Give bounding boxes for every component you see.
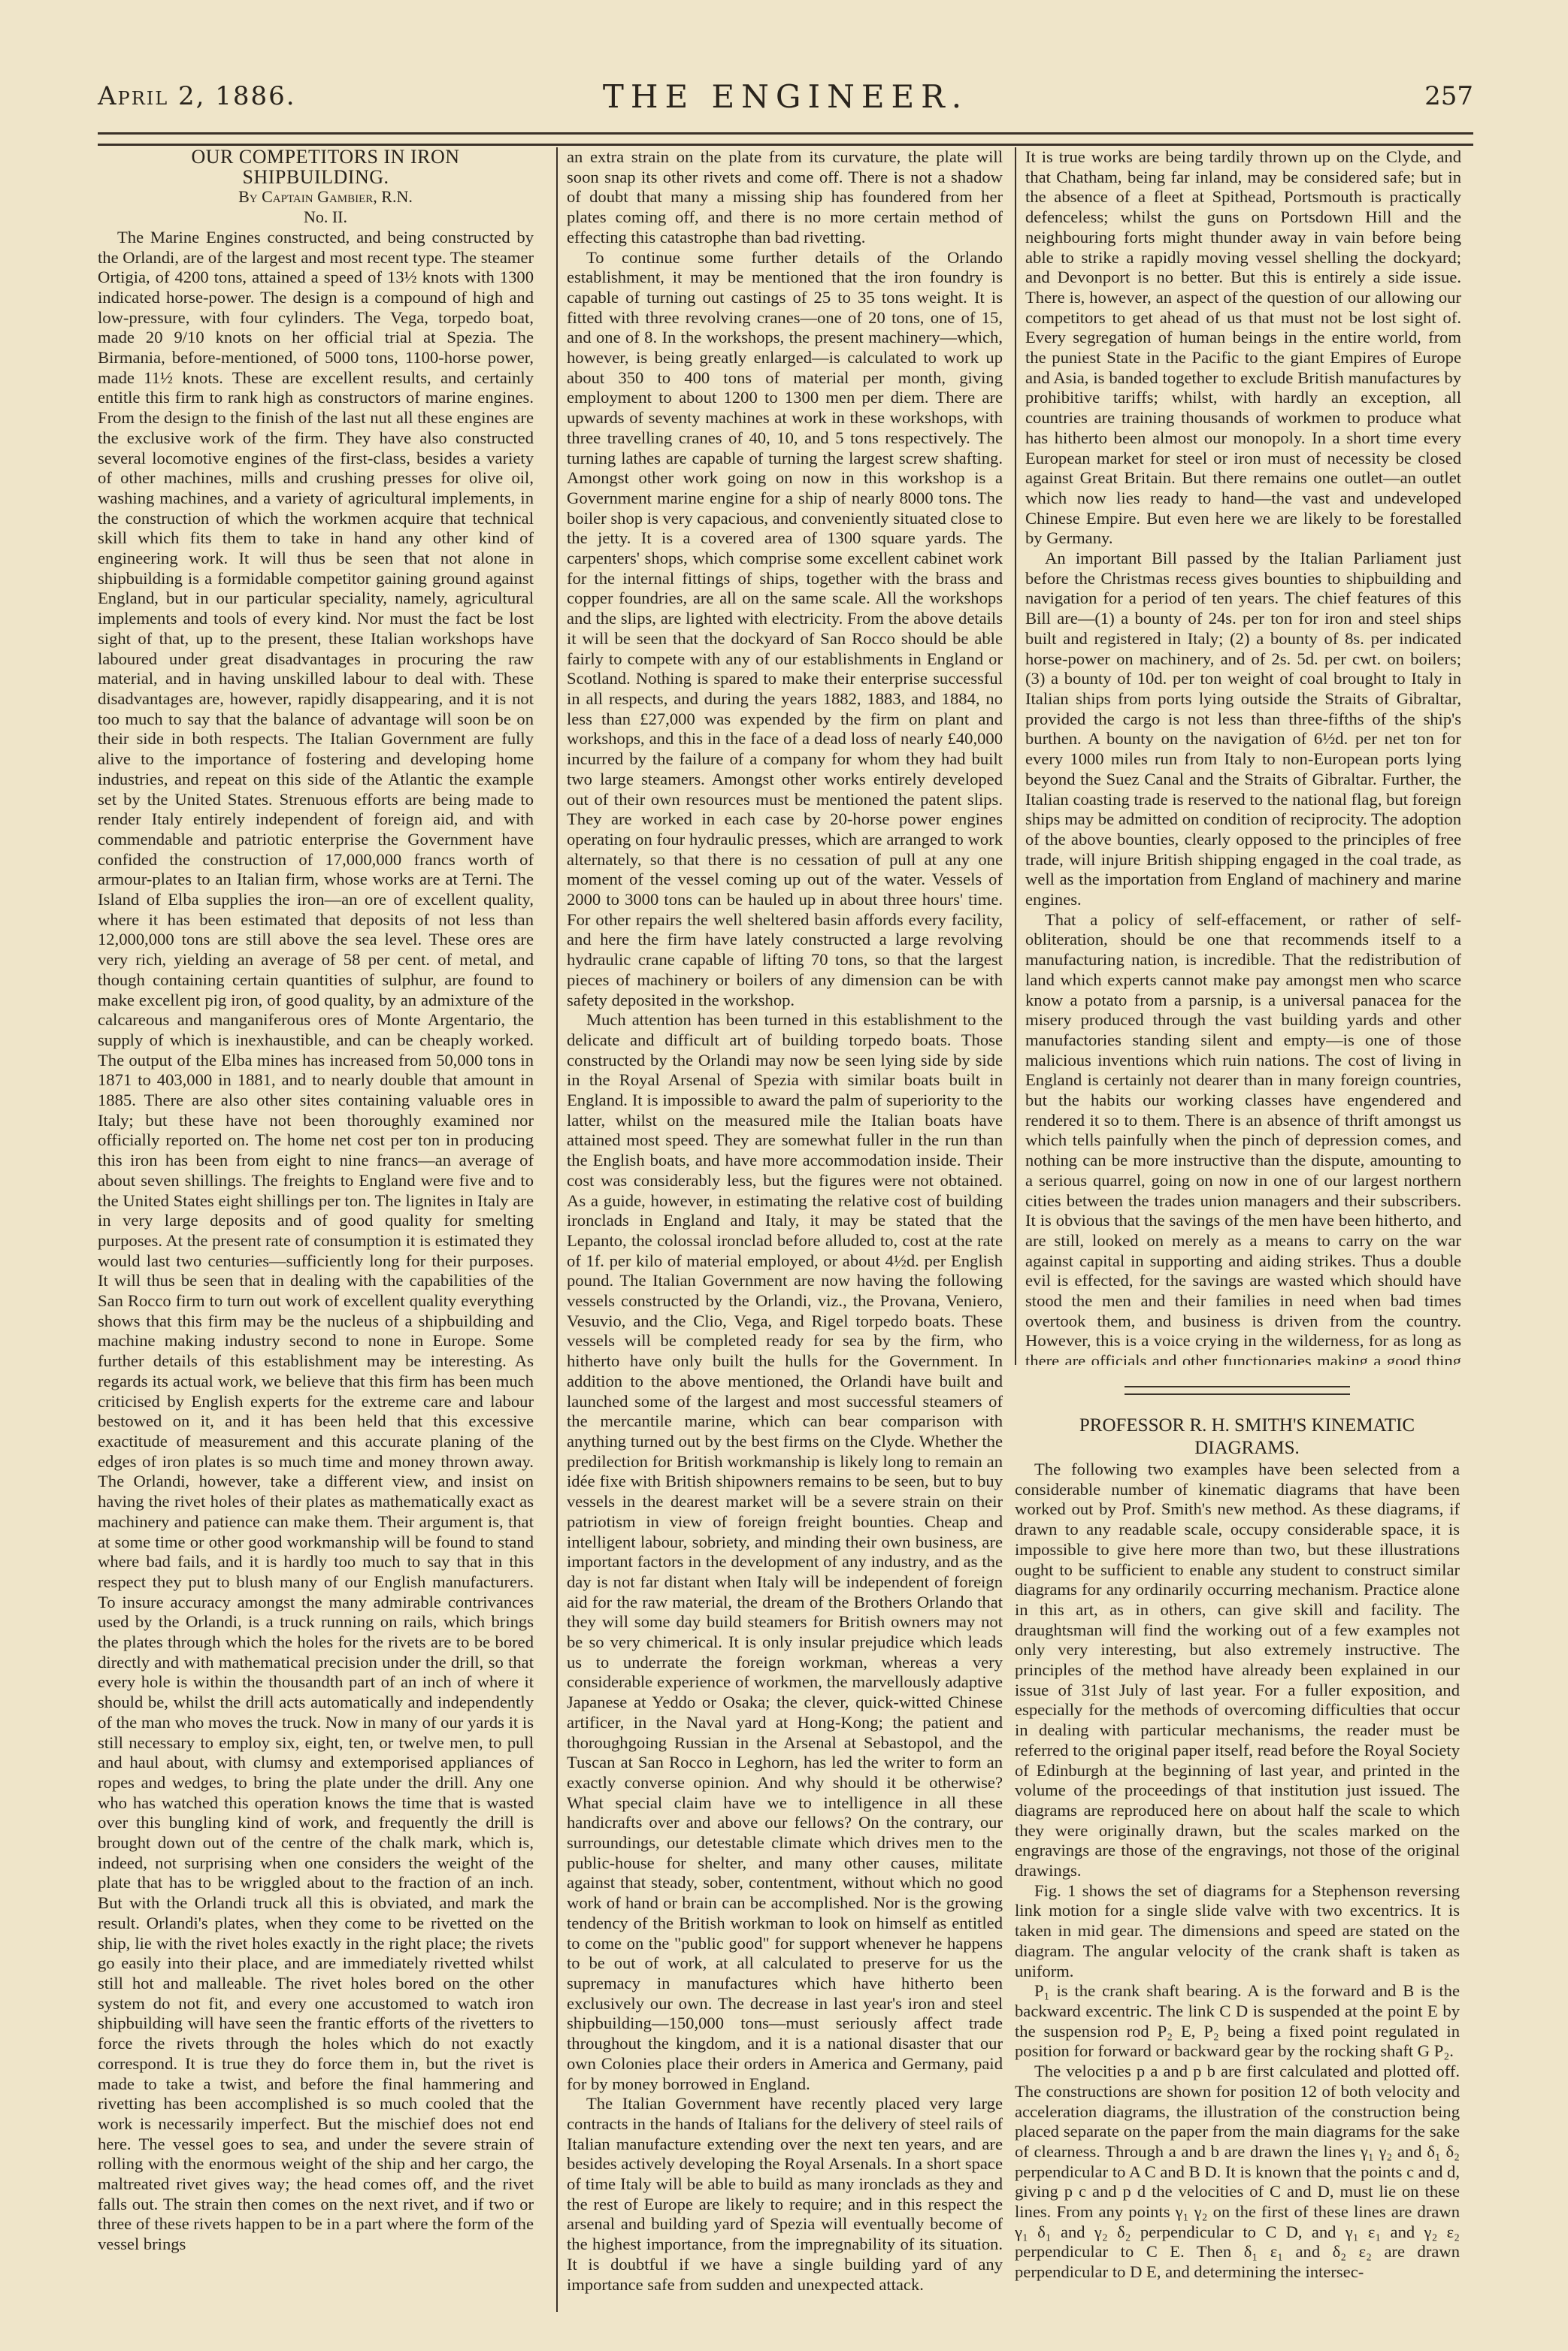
article-part-number: No. II. [98, 207, 534, 228]
column-1: OUR COMPETITORS IN IRON SHIPBUILDING. By… [98, 147, 534, 2312]
page-header: April 2, 1886. THE ENGINEER. 257 [98, 75, 1473, 120]
publication-title: THE ENGINEER. [98, 78, 1473, 115]
column-3-lower: PROFESSOR R. H. SMITH'S KINEMATIC DIAGRA… [1015, 1372, 1460, 2312]
paragraph: It is true works are being tardily throw… [1025, 147, 1461, 549]
article-2-title-line-2: DIAGRAMS. [1015, 1437, 1460, 1460]
column-3: It is true works are being tardily throw… [1015, 147, 1461, 1365]
paragraph: Fig. 1 shows the set of diagrams for a S… [1015, 1881, 1460, 1982]
paragraph: To continue some further details of the … [567, 248, 1003, 1011]
page-number: 257 [1424, 81, 1473, 111]
paragraph: The Marine Engines constructed, and bein… [98, 228, 534, 2255]
page-columns: OUR COMPETITORS IN IRON SHIPBUILDING. By… [98, 147, 1473, 2334]
article-separator-rule [1125, 1386, 1350, 1395]
article-2-title-line-1: PROFESSOR R. H. SMITH'S KINEMATIC [1015, 1415, 1460, 1437]
paragraph: The Italian Government have recently pla… [567, 2094, 1003, 2295]
header-rule [98, 132, 1473, 146]
paragraph: Much attention has been turned in this e… [567, 1010, 1003, 2094]
paragraph: The velocities p a and p b are first cal… [1015, 2062, 1460, 2283]
paragraph: That a policy of self-effacement, or rat… [1025, 910, 1461, 1365]
article-title: OUR COMPETITORS IN IRON SHIPBUILDING. [98, 147, 534, 187]
paragraph: An important Bill passed by the Italian … [1025, 549, 1461, 910]
paragraph: an extra strain on the plate from its cu… [567, 147, 1003, 248]
paragraph: The following two examples have been sel… [1015, 1460, 1460, 1881]
paragraph: P₁ is the crank shaft bearing. A is the … [1015, 1981, 1460, 2062]
article-byline: By Captain Gambier, R.N. [98, 187, 534, 207]
column-2: an extra strain on the plate from its cu… [556, 147, 1003, 2312]
